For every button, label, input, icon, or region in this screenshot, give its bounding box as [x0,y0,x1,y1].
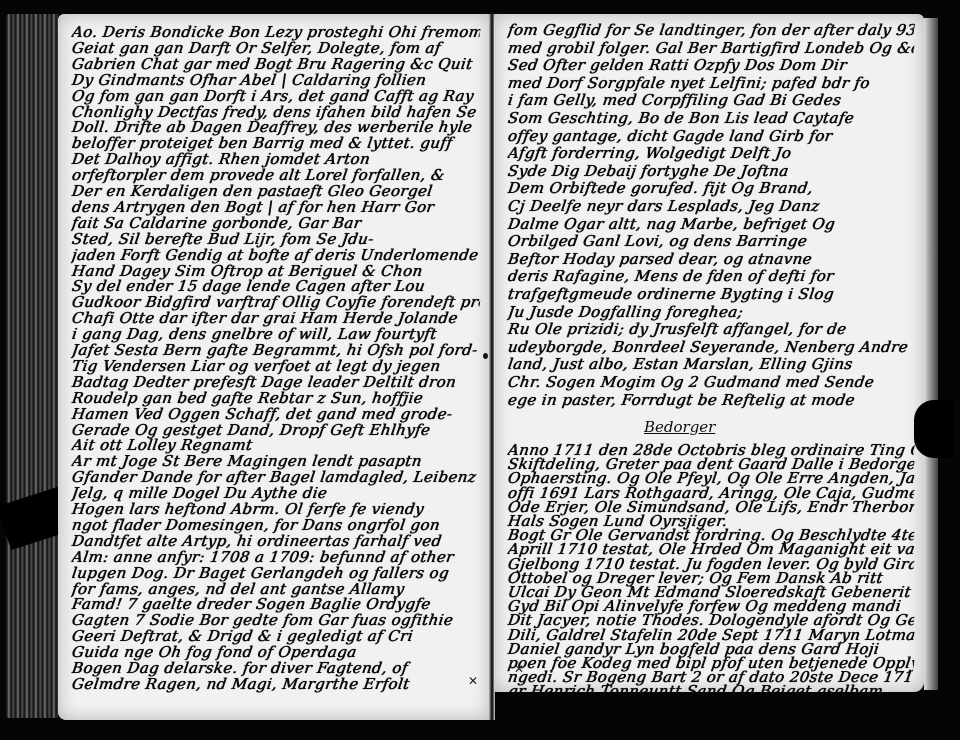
right-page: fom Gegflid for Se landtinger, fon der a… [494,14,924,692]
thumb-shadow-right [914,400,954,458]
ink-mark: ✕ [468,674,478,688]
ink-mark: ✕ [514,662,524,676]
binding-hole [483,353,488,359]
handwritten-line: Gelmdre Ragen, nd Magi, Margrthe Erfolt [71,674,482,694]
left-page-text: Ao. Deris Bondicke Bon Lezy prosteghi Oh… [58,14,490,720]
left-page: Ao. Deris Bondicke Bon Lezy prosteghi Oh… [58,14,490,720]
right-page-edge [924,18,938,690]
book-page-stack [6,14,58,718]
handwritten-line: gr Henrich Tonneuntt Sand Og Beiget gsel… [507,681,916,701]
right-page-text-lower: Anno 1711 den 28de Octobris bleg ordinai… [494,14,924,692]
